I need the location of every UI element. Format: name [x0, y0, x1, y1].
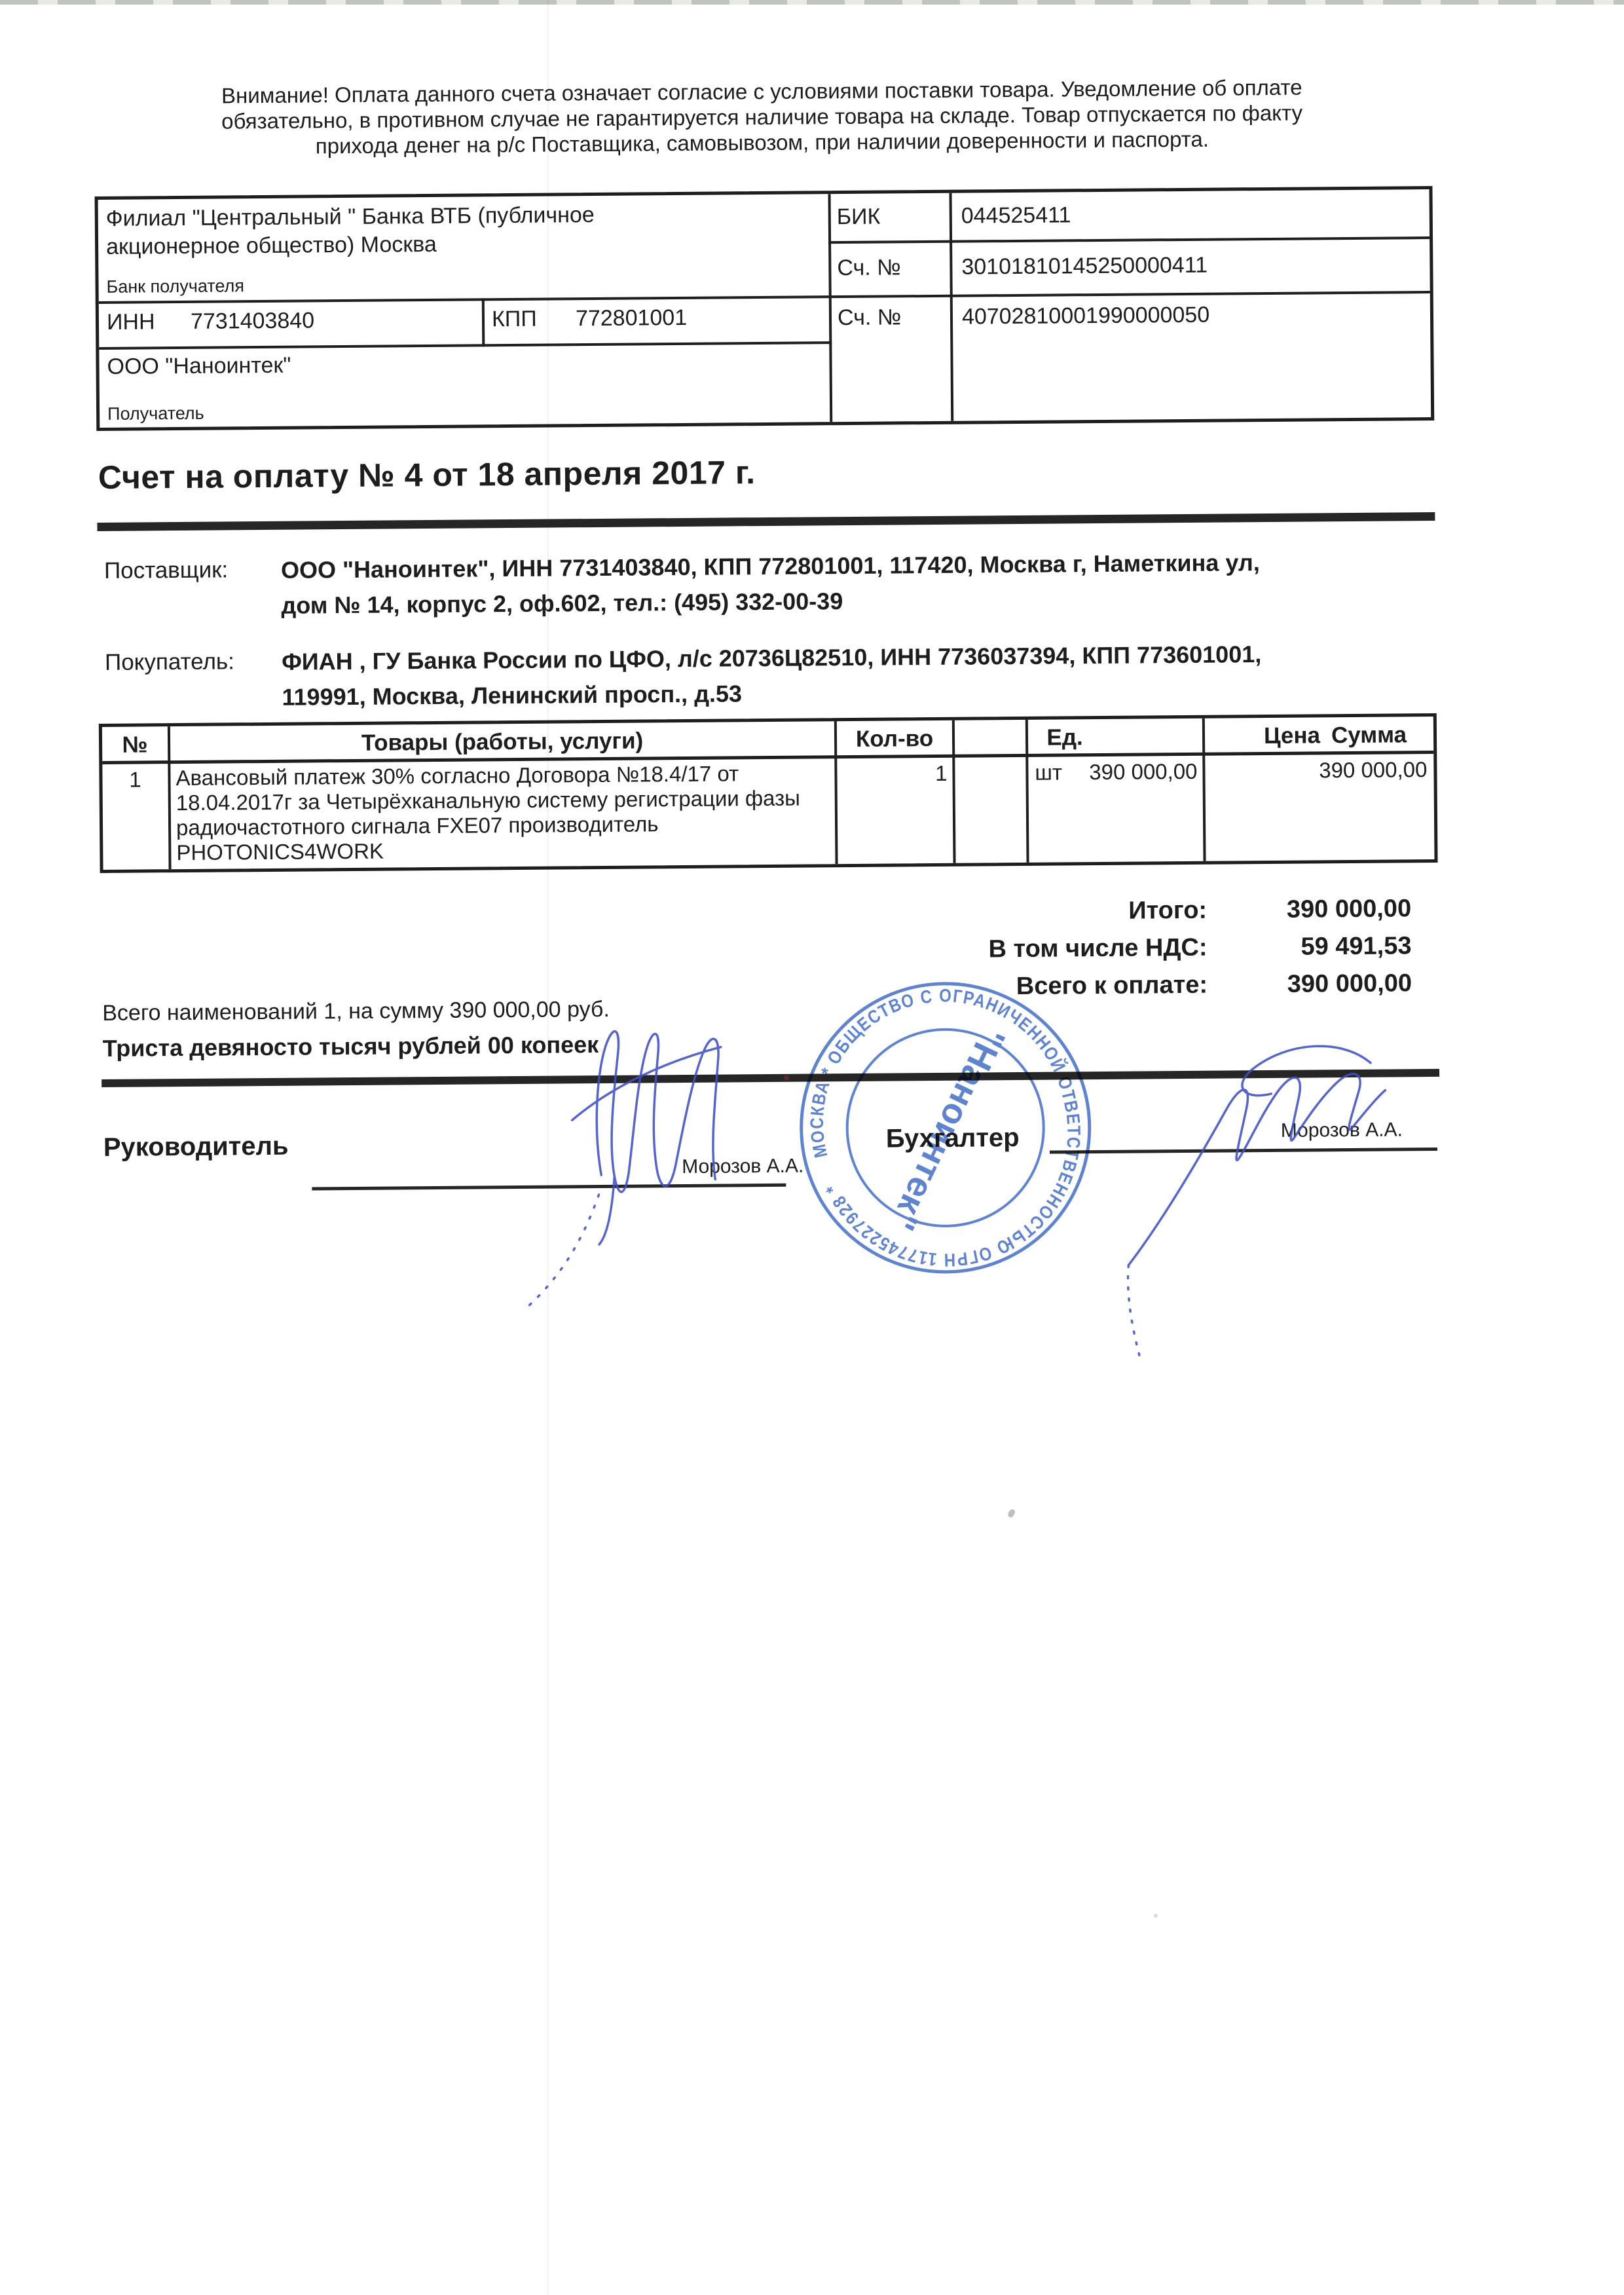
title-rule [97, 512, 1435, 531]
column-header-qty: Кол-во [837, 726, 952, 753]
signature-rule [101, 1069, 1439, 1087]
column-header-name: Товары (работы, услуги) [170, 726, 834, 758]
recipient-name: ООО "Наноинтек" [107, 353, 291, 380]
vat-label: В том числе НДС: [722, 934, 1207, 966]
subtotal-label: Итого: [722, 897, 1207, 929]
table-border [99, 341, 832, 350]
corr-account-value: 30101810145250000411 [961, 253, 1208, 280]
recipient-caption: Получатель [107, 403, 204, 424]
recipient-bank-caption: Банк получателя [106, 276, 244, 297]
column-header-num: № [102, 732, 168, 758]
items-count-line: Всего наименований 1, на сумму 390 000,0… [102, 997, 610, 1026]
inn-label: ИНН [107, 309, 155, 335]
payment-warning-text: Внимание! Оплата данного счета означает … [172, 74, 1352, 160]
director-signature-line [312, 1184, 786, 1191]
item-price: 390 000,00 [1040, 759, 1197, 785]
total-due-value: 390 000,00 [1211, 969, 1412, 999]
subtotal-value: 390 000,00 [1210, 895, 1411, 924]
recipient-bank-name: Филиал "Центральный " Банка ВТБ (публичн… [106, 200, 657, 261]
accountant-name: Морозов А.А. [1281, 1119, 1403, 1142]
accountant-signature-line [1050, 1147, 1437, 1154]
table-border [952, 720, 956, 863]
item-num: 1 [102, 767, 168, 793]
buyer-value: ФИАН , ГУ Банка России по ЦФО, л/с 20736… [282, 635, 1435, 715]
director-label: Руководитель [103, 1132, 289, 1163]
account-value: 40702810001990000050 [962, 303, 1209, 330]
corr-account-label: Сч. № [837, 255, 901, 281]
invoice-sheet: Внимание! Оплата данного счета означает … [0, 0, 1624, 2295]
invoice-title: Счет на оплату № 4 от 18 апреля 2017 г. [98, 453, 756, 496]
kpp-value: 772801001 [576, 305, 687, 331]
bik-label: БИК [837, 204, 881, 231]
table-border [99, 291, 1430, 304]
director-name: Морозов А.А. [682, 1155, 803, 1178]
supplier-label: Поставщик: [104, 557, 229, 584]
item-amount: 390 000,00 [1271, 757, 1427, 783]
stamp-center-text: "Наноинтек" [883, 1021, 1013, 1236]
table-border [950, 193, 954, 421]
items-table: № Товары (работы, услуги) Кол-во Ед. Цен… [99, 713, 1438, 873]
column-header-unit: Ед. [1028, 724, 1101, 751]
inn-value: 7731403840 [191, 308, 314, 334]
table-border [828, 194, 833, 422]
buyer-label: Покупатель: [105, 648, 234, 676]
supplier-value: ООО "Наноинтек", ИНН 7731403840, КПП 772… [281, 544, 1434, 624]
bank-details-table: Филиал "Центральный " Банка ВТБ (публичн… [95, 186, 1435, 431]
amount-in-words: Триста девяносто тысяч рублей 00 копеек [103, 1031, 599, 1062]
item-name: Авансовый платеж 30% согласно Договора №… [175, 761, 805, 866]
item-qty: 1 [843, 761, 947, 787]
kpp-label: КПП [492, 307, 537, 333]
vat-value: 59 491,53 [1210, 932, 1411, 961]
accountant-signature-stroke [1126, 1045, 1388, 1356]
column-header-amount: Сумма [1304, 722, 1433, 749]
table-border [482, 298, 485, 346]
bik-value: 044525411 [961, 202, 1071, 229]
table-border [828, 236, 1430, 244]
company-stamp: МОСКВА * ОБЩЕСТВО С ОГРАНИЧЕННОЙ ОТВЕТСТ… [795, 977, 1096, 1278]
account-label: Сч. № [838, 305, 902, 331]
